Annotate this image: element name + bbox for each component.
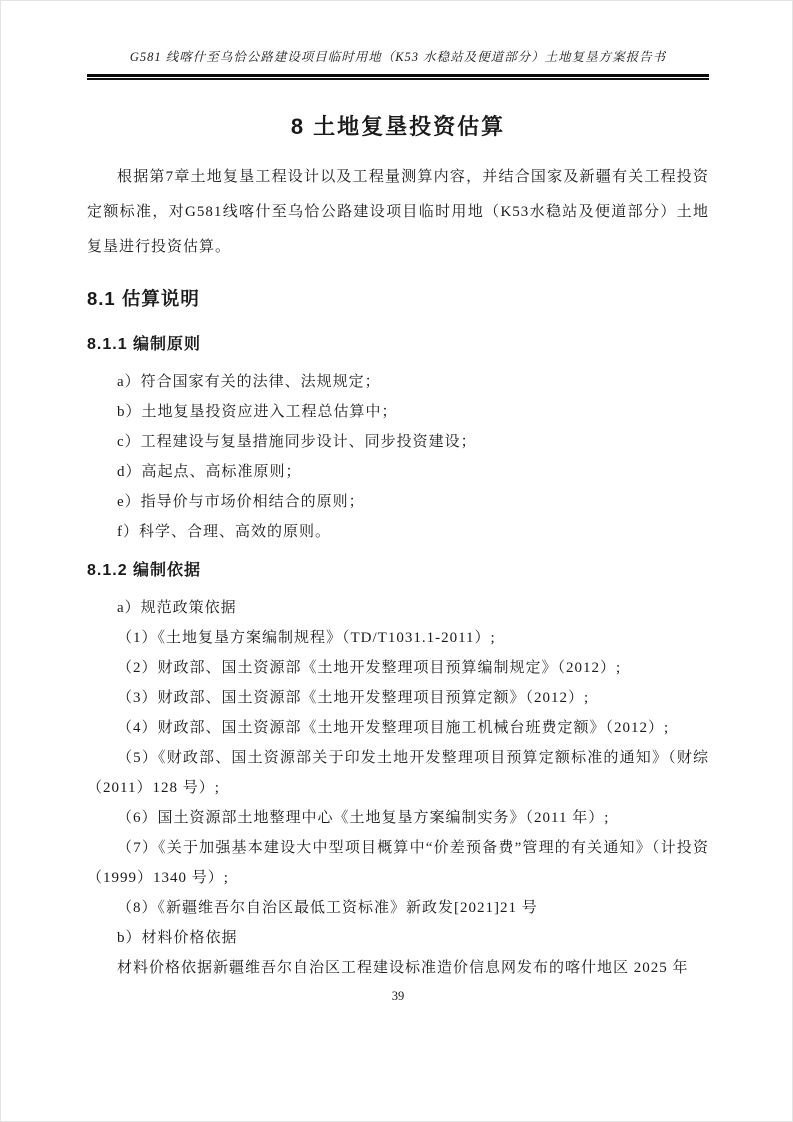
basis-sub-b: b）材料价格依据 <box>87 923 709 953</box>
principle-item-e: e）指导价与市场价相结合的原则； <box>87 487 709 517</box>
basis-item-2: （2）财政部、国土资源部《土地开发整理项目预算编制规定》（2012）; <box>87 653 709 683</box>
page-header: G581 线喀什至乌恰公路建设项目临时用地（K53 水稳站及便道部分）土地复垦方… <box>1 1 792 80</box>
principle-item-a: a）符合国家有关的法律、法规规定； <box>87 367 709 397</box>
header-rule-thin-line <box>87 78 709 80</box>
material-price-note: 材料价格依据新疆维吾尔自治区工程建设标准造价信息网发布的喀什地区 2025 年 <box>87 953 709 983</box>
section-8-1-1-heading: 8.1.1 编制原则 <box>87 333 709 356</box>
basis-sub-a: a）规范政策依据 <box>87 593 709 623</box>
principle-item-b: b）土地复垦投资应进入工程总估算中； <box>87 397 709 427</box>
basis-item-1: （1）《土地复垦方案编制规程》（TD/T1031.1-2011）; <box>87 623 709 653</box>
intro-paragraph: 根据第7章土地复垦工程设计以及工程量测算内容，并结合国家及新疆有关工程投资定额标… <box>87 160 709 265</box>
basis-item-4: （4）财政部、国土资源部《土地开发整理项目施工机械台班费定额》（2012）; <box>87 713 709 743</box>
section-8-1-heading: 8.1 估算说明 <box>87 286 709 312</box>
basis-item-7: （7）《关于加强基本建设大中型项目概算中“价差预备费”管理的有关通知》（计投资（… <box>87 833 709 893</box>
page-number: 39 <box>87 989 709 1004</box>
basis-item-5: （5）《财政部、国土资源部关于印发土地开发整理项目预算定额标准的通知》（财综（2… <box>87 743 709 803</box>
section-8-1-2-heading: 8.1.2 编制依据 <box>87 559 709 582</box>
chapter-title: 8 土地复垦投资估算 <box>87 111 709 143</box>
basis-item-6: （6）国土资源部土地整理中心《土地复垦方案编制实务》（2011 年）; <box>87 803 709 833</box>
document-body: 8 土地复垦投资估算 根据第7章土地复垦工程设计以及工程量测算内容，并结合国家及… <box>1 111 792 1004</box>
principle-item-f: f）科学、合理、高效的原则。 <box>87 517 709 547</box>
basis-item-8: （8）《新疆维吾尔自治区最低工资标准》新政发[2021]21 号 <box>87 893 709 923</box>
principle-item-d: d）高起点、高标准原则； <box>87 457 709 487</box>
principle-item-c: c）工程建设与复垦措施同步设计、同步投资建设； <box>87 427 709 457</box>
basis-item-3: （3）财政部、国土资源部《土地开发整理项目预算定额》（2012）; <box>87 683 709 713</box>
header-rule <box>87 74 709 80</box>
document-page: G581 线喀什至乌恰公路建设项目临时用地（K53 水稳站及便道部分）土地复垦方… <box>0 0 793 1122</box>
running-header-title: G581 线喀什至乌恰公路建设项目临时用地（K53 水稳站及便道部分）土地复垦方… <box>87 47 709 65</box>
